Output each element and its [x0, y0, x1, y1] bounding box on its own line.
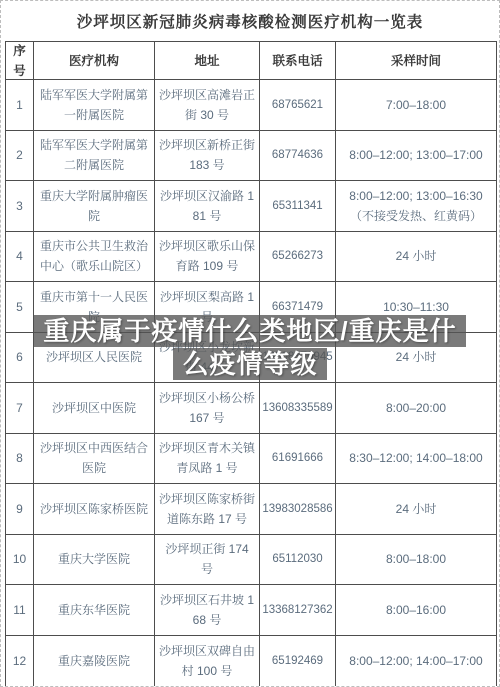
cell-name: 沙坪坝区中西医结合医院 [34, 434, 155, 485]
cell-name: 沙坪坝区陈家桥医院 [34, 484, 155, 535]
cell-name: 重庆嘉陵医院 [34, 636, 155, 687]
cell-phone: 13608335589 [260, 383, 336, 434]
cell-phone: 13368127362 [260, 585, 336, 636]
cell-no: 10 [6, 535, 34, 586]
cell-name: 重庆大学附属肿瘤医院 [34, 181, 155, 232]
page: 沙坪坝区新冠肺炎病毒核酸检测医疗机构一览表 序号 医疗机构 地址 联系电话 采样… [0, 0, 500, 687]
cell-phone: 66371479 [260, 282, 336, 333]
cell-name: 沙坪坝区中医院 [34, 383, 155, 434]
cell-no: 11 [6, 585, 34, 636]
cell-phone: 13508370945 [260, 333, 336, 384]
cell-address: 沙坪坝区高滩岩正街 30 号 [155, 80, 260, 131]
cell-time: 8:00–20:00 [336, 383, 496, 434]
cell-address: 沙坪坝区歌乐山保育路 109 号 [155, 232, 260, 283]
cell-phone: 65266273 [260, 232, 336, 283]
cell-address: 沙坪坝区汉渝路 181 号 [155, 181, 260, 232]
cell-address: 沙坪坝区小杨公桥 167 号 [155, 383, 260, 434]
cell-no: 5 [6, 282, 34, 333]
cell-time: 8:00–16:00 [336, 585, 496, 636]
cell-name: 陆军军医大学附属第二附属医院 [34, 131, 155, 182]
cell-no: 6 [6, 333, 34, 384]
cell-time: 24 小时 [336, 333, 496, 384]
cell-no: 12 [6, 636, 34, 687]
cell-no: 7 [6, 383, 34, 434]
cell-time: 24 小时 [336, 484, 496, 535]
cell-time: 8:30–12:00; 14:00–18:00 [336, 434, 496, 485]
cell-phone: 68765621 [260, 80, 336, 131]
cell-no: 3 [6, 181, 34, 232]
cell-address: 沙坪坝区陈家桥街道陈东路 17 号 [155, 484, 260, 535]
cell-address: 沙坪坝区青木关镇青凤路 1 号 [155, 434, 260, 485]
cell-address: 沙坪坝区新桥正街 183 号 [155, 131, 260, 182]
cell-phone: 61691666 [260, 434, 336, 485]
cell-no: 1 [6, 80, 34, 131]
cell-phone: 65112030 [260, 535, 336, 586]
cell-address: 沙坪坝正街 174 号 [155, 535, 260, 586]
cell-address: 沙坪坝区小龙坎新街 44 号 [155, 333, 260, 384]
cell-time: 8:00–12:00; 13:00–17:00 [336, 131, 496, 182]
page-title: 沙坪坝区新冠肺炎病毒核酸检测医疗机构一览表 [1, 10, 499, 32]
cell-phone: 68774636 [260, 131, 336, 182]
cell-phone: 65311341 [260, 181, 336, 232]
cell-name: 陆军军医大学附属第一附属医院 [34, 80, 155, 131]
cell-address: 沙坪坝区梨高路 1 号 [155, 282, 260, 333]
cell-no: 4 [6, 232, 34, 283]
header-no: 序号 [6, 42, 34, 80]
cell-no: 9 [6, 484, 34, 535]
cell-name: 沙坪坝区人民医院 [34, 333, 155, 384]
header-time: 采样时间 [336, 42, 496, 80]
header-phone: 联系电话 [260, 42, 336, 80]
header-address: 地址 [155, 42, 260, 80]
header-name: 医疗机构 [34, 42, 155, 80]
cell-time: 8:00–12:00; 13:00–16:30 （不接受发热、红黄码） [336, 181, 496, 232]
cell-name: 重庆市第十一人民医院 [34, 282, 155, 333]
medical-institutions-table: 序号 医疗机构 地址 联系电话 采样时间 1 陆军军医大学附属第一附属医院 沙坪… [5, 41, 497, 687]
cell-time: 7:00–18:00 [336, 80, 496, 131]
cell-time: 8:00–12:00; 14:00–17:00 [336, 636, 496, 687]
cell-address: 沙坪坝区双碑自由村 100 号 [155, 636, 260, 687]
cell-time: 8:00–18:00 [336, 535, 496, 586]
cell-name: 重庆大学医院 [34, 535, 155, 586]
cell-address: 沙坪坝区石井坡 168 号 [155, 585, 260, 636]
cell-time: 10:30–11:30 [336, 282, 496, 333]
cell-name: 重庆东华医院 [34, 585, 155, 636]
cell-phone: 65192469 [260, 636, 336, 687]
cell-no: 8 [6, 434, 34, 485]
cell-phone: 13983028586 [260, 484, 336, 535]
cell-no: 2 [6, 131, 34, 182]
cell-time: 24 小时 [336, 232, 496, 283]
cell-name: 重庆市公共卫生救治中心（歌乐山院区） [34, 232, 155, 283]
